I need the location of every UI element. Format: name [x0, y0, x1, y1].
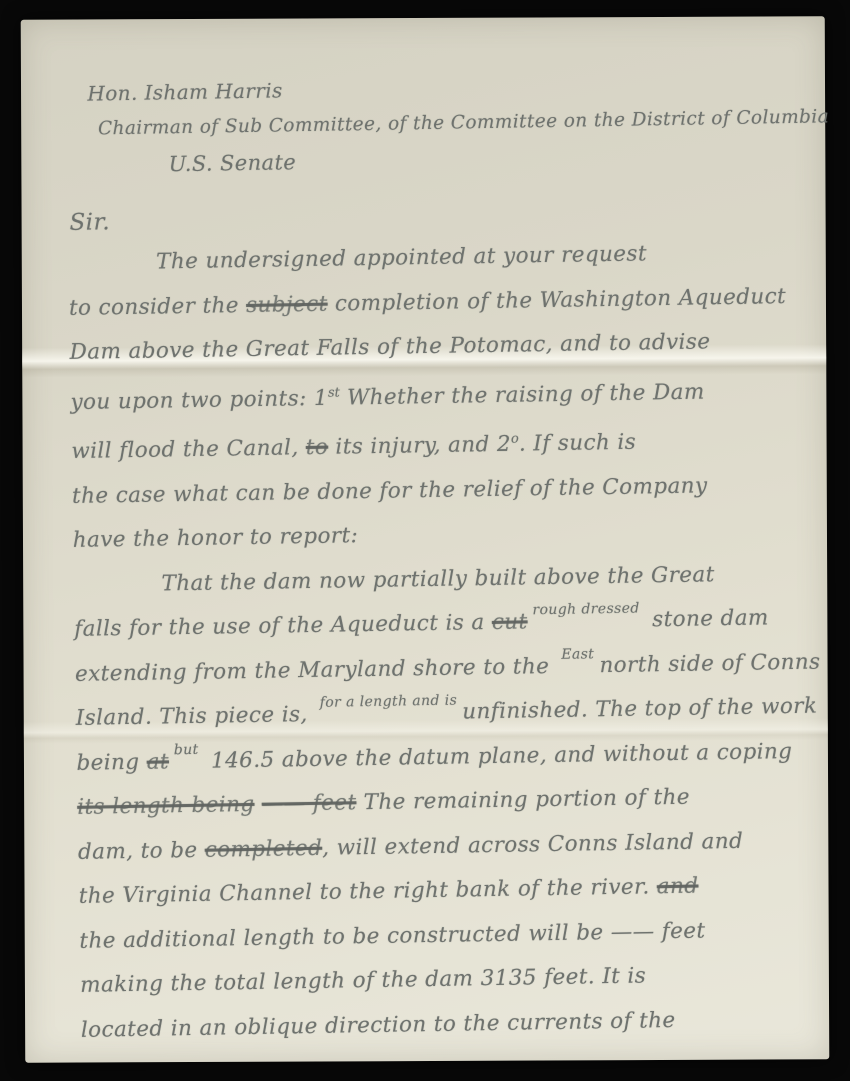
text-segment: 146.5 above the datum plane, and without… [204, 739, 793, 774]
strikethrough-text: completed [205, 836, 323, 863]
text-segment: The remaining portion of the [356, 785, 690, 816]
strikethrough-text: to [306, 435, 329, 460]
letter-page: Hon. Isham HarrisChairman of Sub Committ… [21, 16, 830, 1062]
text-segment: have the honor to report: [73, 523, 359, 553]
letter-body: The undersigned appointed at your reques… [68, 230, 793, 1053]
text-segment: Dam above the Great Falls of the Potomac… [69, 329, 710, 365]
text-segment: to consider the [69, 292, 247, 320]
text-segment: Whether the raising of the Dam [340, 379, 705, 410]
text-segment: unfinished. The top of the work [462, 694, 817, 725]
text-segment: . If such is [519, 430, 637, 457]
text-segment: you upon two points: 1 [70, 385, 328, 414]
text-segment: , will extend across Conns Island and [322, 829, 743, 861]
letter-content: Hon. Isham HarrisChairman of Sub Committ… [65, 52, 793, 1053]
text-segment: falls for the use of the Aqueduct is a [74, 610, 492, 642]
strikethrough-text: subject [246, 291, 328, 317]
text-segment: That the dam now partially built above t… [161, 562, 715, 596]
text-segment: The undersigned appointed at your reques… [156, 241, 647, 274]
text-segment: stone dam [645, 606, 769, 633]
text-segment: completion of the Washington Aqueduct [327, 284, 786, 317]
inserted-text: rough dressed [532, 604, 639, 616]
inserted-text: East [561, 649, 594, 660]
text-segment: the additional length to be constructed … [79, 918, 705, 953]
superscript-text: st [328, 385, 340, 400]
strikethrough-text: at [147, 749, 170, 774]
recipient-address: Hon. Isham HarrisChairman of Sub Committ… [65, 64, 779, 184]
inserted-text: but [174, 745, 199, 755]
salutation: Sir. [69, 198, 779, 236]
text-segment: Island. This piece is, [76, 702, 316, 731]
text-segment: the Virginia Channel to the right bank o… [79, 875, 658, 910]
text-segment: will flood the Canal, [71, 435, 306, 464]
text-segment: being [76, 750, 147, 776]
superscript-text: o [511, 432, 519, 447]
strikethrough-text: its length being [77, 792, 255, 820]
text-segment: dam, to be [78, 838, 205, 865]
scan-background: Hon. Isham HarrisChairman of Sub Committ… [0, 0, 850, 1081]
inserted-text: for a length and is [320, 696, 458, 708]
text-segment: located in an oblique direction to the c… [81, 1008, 676, 1043]
strikethrough-text: and [657, 874, 699, 900]
text-segment: north side of Conns [599, 649, 820, 678]
strikethrough-text: cut [492, 610, 528, 636]
text-segment: its injury, and 2 [328, 432, 511, 460]
text-segment: making the total length of the dam 3135 … [80, 964, 646, 998]
text-segment: extending from the Maryland shore to the [75, 654, 557, 687]
text-segment: the case what can be done for the relief… [72, 473, 708, 509]
strikethrough-text: —— feet [262, 791, 357, 818]
